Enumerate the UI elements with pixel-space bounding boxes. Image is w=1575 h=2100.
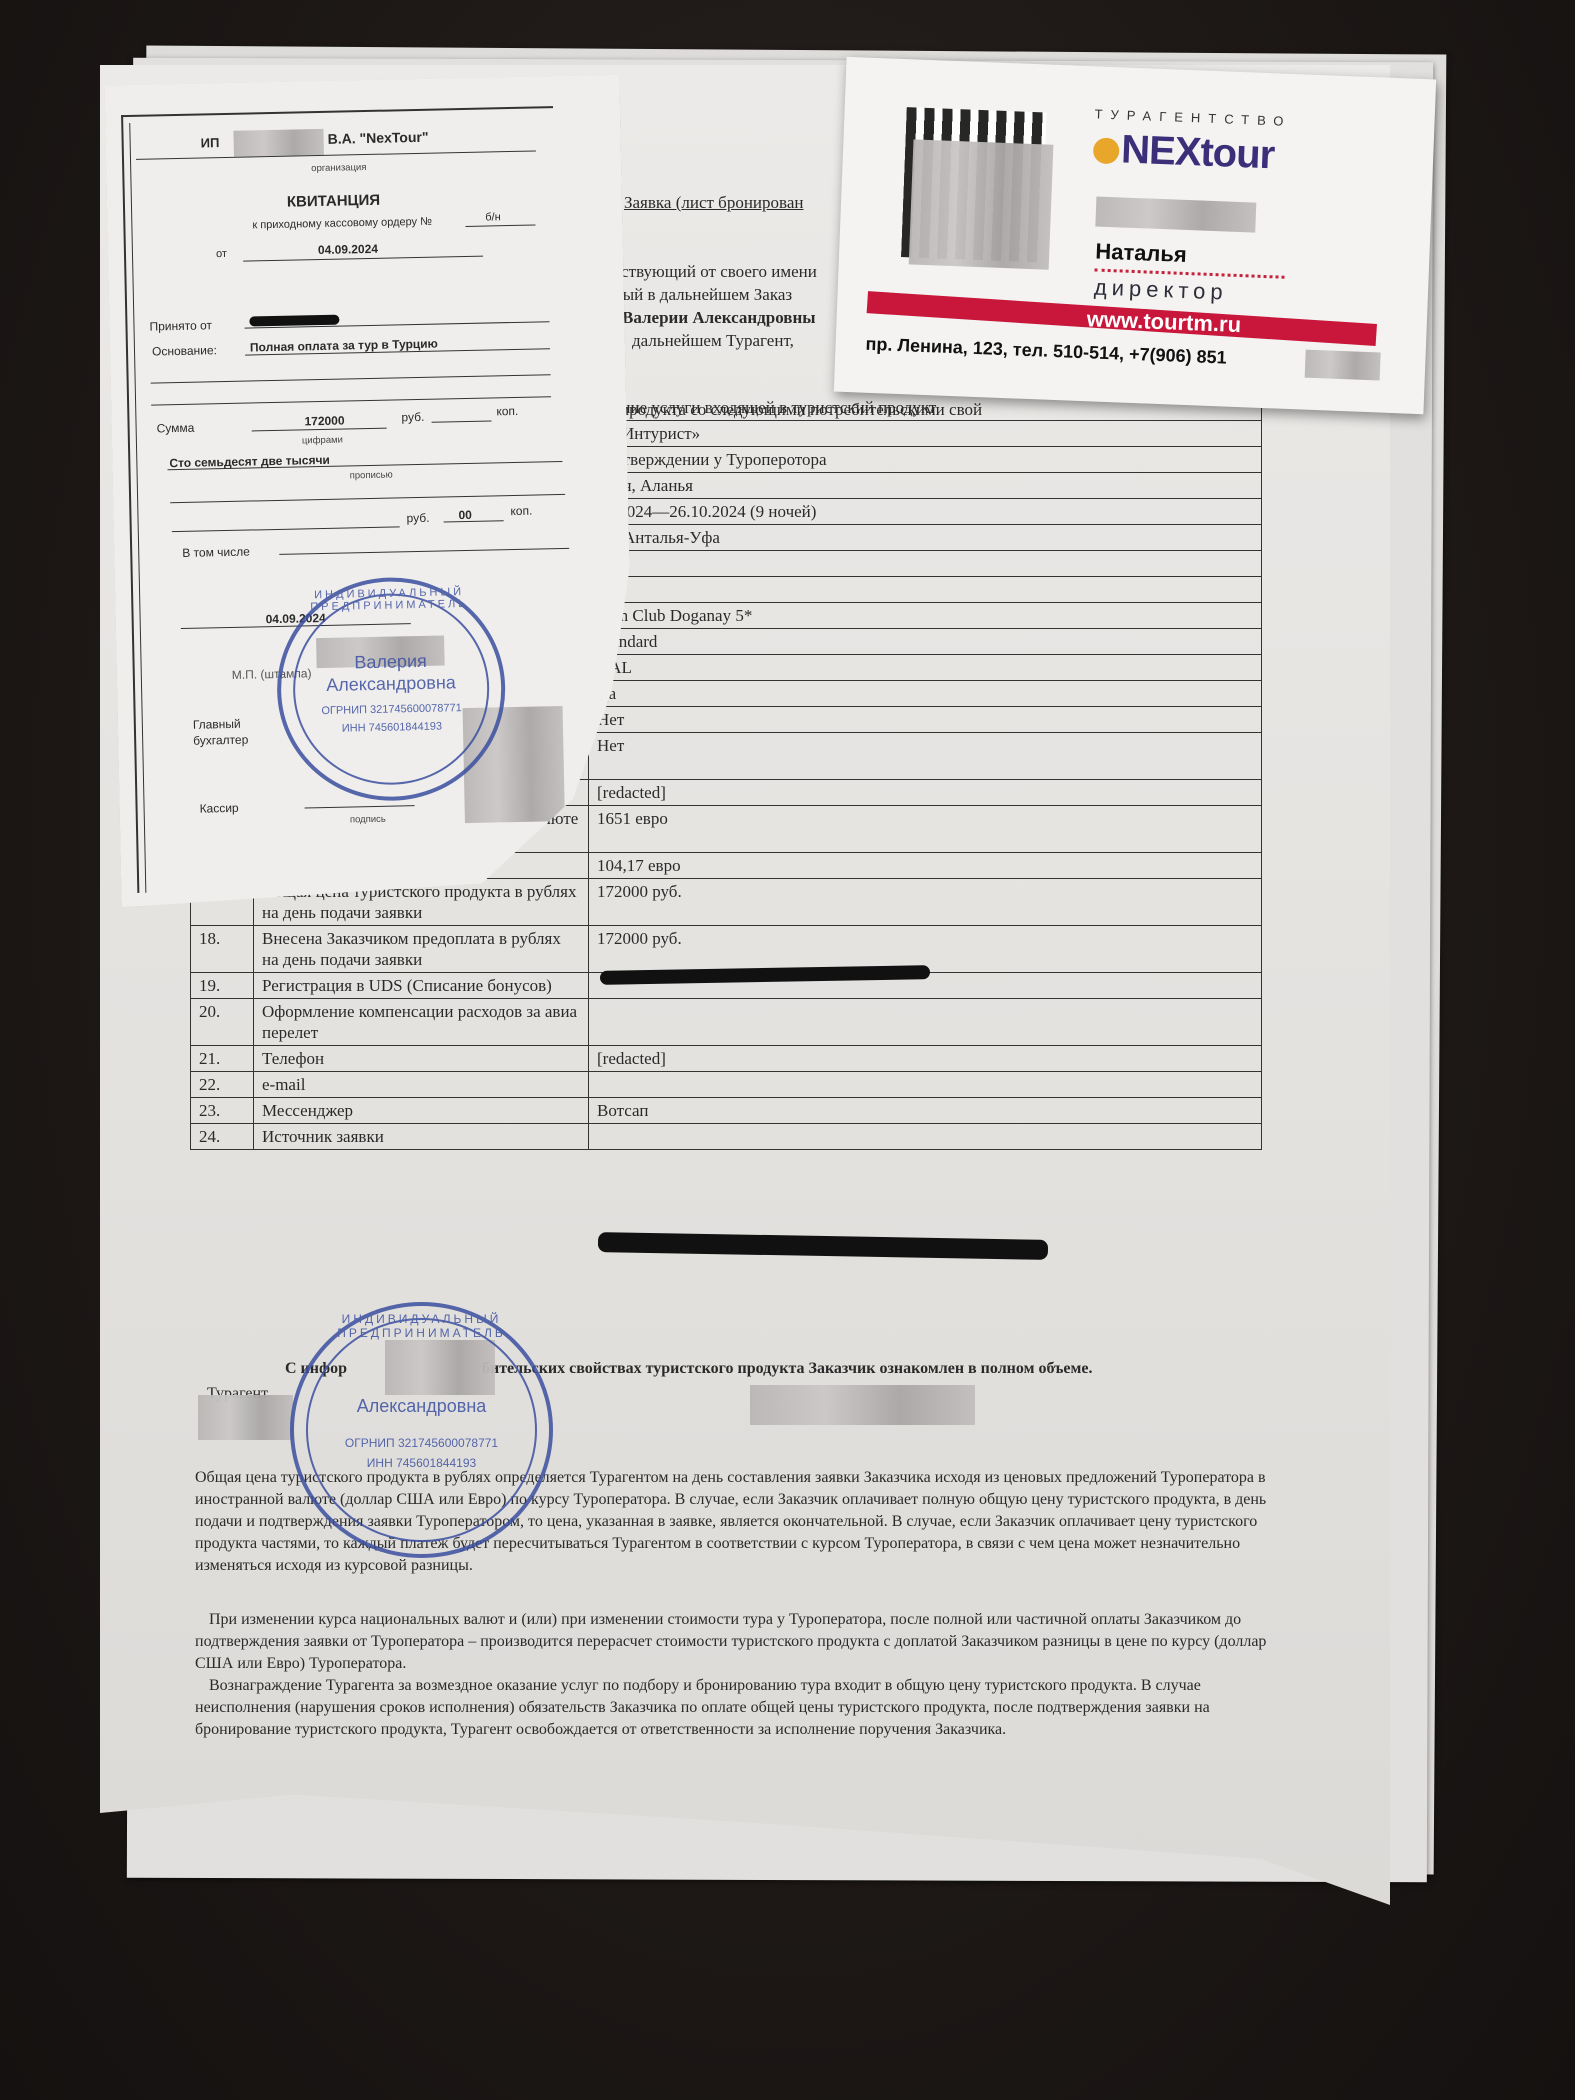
words-caption: прописью <box>350 470 393 482</box>
row-value: Standard <box>589 629 1262 655</box>
row-value: Да <box>589 681 1262 707</box>
terms-paragraph: При изменении курса национальных валют и… <box>195 1609 1300 1675</box>
booking-title: Заявка (лист бронирован <box>624 193 803 213</box>
intro-line-client-name: Валерии Александровны <box>622 308 816 328</box>
row-number: 19. <box>191 973 254 999</box>
row-value: [redacted] <box>589 780 1262 806</box>
seal-stamp: ИНДИВИДУАЛЬНЫЙ ПРЕДПРИНИМАТЕЛЬ Александр… <box>290 1302 553 1558</box>
row-value: О «Интурист» <box>589 421 1262 447</box>
stamp-patronymic: Александровна <box>294 1396 549 1417</box>
row-label: Регистрация в UDS (Списание бонусов) <box>254 973 589 999</box>
brand-logo: NEXtour <box>1092 126 1275 178</box>
redaction-blur <box>750 1385 975 1425</box>
row-number: 22. <box>191 1072 254 1098</box>
business-card: ТУРАГЕНТСТВО NEXtour Наталья директор ww… <box>834 57 1436 414</box>
table-row: 22.e-mail <box>191 1072 1262 1098</box>
row-value: 104,17 евро <box>589 853 1262 879</box>
row-label: Мессенджер <box>254 1098 589 1124</box>
table-row: 24.Источник заявки <box>191 1124 1262 1150</box>
row-value <box>589 1072 1262 1098</box>
redaction-blur <box>909 139 1054 269</box>
row-value: рция, Аланья <box>589 473 1262 499</box>
order-number: б/н <box>485 211 501 223</box>
row-value: 172000 руб. <box>589 879 1262 926</box>
row-value: each Club Doganay 5* <box>589 603 1262 629</box>
receipt-date: 04.09.2024 <box>318 242 378 257</box>
table-row: 20.Оформление компенсации расходов за ав… <box>191 999 1262 1046</box>
table-row: 18.Внесена Заказчиком предоплата в рубля… <box>191 926 1262 973</box>
intro-line: мый в дальнейшем Заказ <box>612 285 792 305</box>
org-caption: организация <box>311 162 366 174</box>
sum-digits: 172000 <box>304 414 344 429</box>
stamp-ring-text: ИНДИВИДУАЛЬНЫЙ ПРЕДПРИНИМАТЕЛЬ <box>279 585 499 614</box>
row-number: 18. <box>191 926 254 973</box>
cash-receipt: ИП В.А. "NexTour" организация КВИТАНЦИЯ … <box>104 75 636 908</box>
receipt-org-prefix: ИП <box>201 135 220 150</box>
row-value: Вотсап <box>589 1098 1262 1124</box>
sun-plane-icon <box>1093 138 1120 165</box>
row-value: 1651 евро <box>589 806 1262 853</box>
brand-name: NEXtour <box>1120 127 1275 177</box>
card-person-name: Наталья <box>1095 238 1187 267</box>
including-label: В том числе <box>182 545 250 560</box>
stamp-ring-text: ИНДИВИДУАЛЬНЫЙ ПРЕДПРИНИМАТЕЛЬ <box>294 1312 549 1340</box>
basis-label: Основание: <box>152 343 217 358</box>
row-value: ртер <box>589 551 1262 577</box>
stamp-ogrnip: ОГРНИП 321745600078771 <box>294 1436 549 1450</box>
row-number: 20. <box>191 999 254 1046</box>
row-value <box>589 999 1262 1046</box>
chief-accountant-label: Главный бухгалтер <box>193 715 264 748</box>
card-role: директор <box>1093 274 1228 305</box>
row-label: Источник заявки <box>254 1124 589 1150</box>
row-label: e-mail <box>254 1072 589 1098</box>
sum-label: Сумма <box>156 421 194 436</box>
consent-suffix: бительских свойствах туристского продукт… <box>482 1360 1093 1377</box>
redaction-blur <box>233 129 324 157</box>
receipt-org-name: В.А. "NexTour" <box>327 129 428 147</box>
row-number: 21. <box>191 1046 254 1072</box>
row-value: ра- Анталья-Уфа <box>589 525 1262 551</box>
terms-paragraph: Вознаграждение Турагента за возмездное о… <box>195 1675 1300 1741</box>
agency-label: ТУРАГЕНТСТВО <box>1094 106 1291 129</box>
stamp-inn: ИНН 745601844193 <box>294 1456 549 1470</box>
received-from-label: Принято от <box>149 318 212 333</box>
row-value: Нет <box>589 733 1262 780</box>
redaction-scribble <box>249 315 339 327</box>
intro-line: дальнейшем Турагент, <box>632 331 794 351</box>
row-value: а <box>589 577 1262 603</box>
row-value: UAL <box>589 655 1262 681</box>
row-value: Нет <box>589 707 1262 733</box>
redaction-blur <box>1305 350 1381 381</box>
date-label: от <box>216 248 227 260</box>
row-label: Оформление компенсации расходов за авиа … <box>254 999 589 1046</box>
receipt-title: КВИТАНЦИЯ <box>287 192 381 211</box>
redaction-blur <box>198 1395 293 1440</box>
rub-label: руб. <box>401 410 424 424</box>
cashier-label: Кассир <box>199 801 238 816</box>
row-value: 10.2024—26.10.2024 (9 ночей) <box>589 499 1262 525</box>
signature-caption: подпись <box>350 814 386 826</box>
intro-line: йствующий от своего имени <box>612 262 817 282</box>
row-number: 24. <box>191 1124 254 1150</box>
digits-caption: цифрами <box>302 435 343 447</box>
row-label: Внесена Заказчиком предоплата в рублях н… <box>254 926 589 973</box>
redaction-blur <box>1095 196 1256 232</box>
row-number: 23. <box>191 1098 254 1124</box>
card-website-link[interactable]: www.tourtm.ru <box>1086 306 1241 338</box>
row-label: Телефон <box>254 1046 589 1072</box>
kop-label: коп. <box>496 404 518 418</box>
table-row: 23.МессенджерВотсап <box>191 1098 1262 1124</box>
card-address: пр. Ленина, 123, тел. 510-514, +7(906) 8… <box>865 334 1227 369</box>
row-value <box>589 1124 1262 1150</box>
kop-label-2: коп. <box>510 504 532 518</box>
row-value: [redacted] <box>589 1046 1262 1072</box>
row-value: подтверждении у Туроперотора <box>589 447 1262 473</box>
table-row: 21.Телефон[redacted] <box>191 1046 1262 1072</box>
rub-label-2: руб. <box>406 511 429 525</box>
